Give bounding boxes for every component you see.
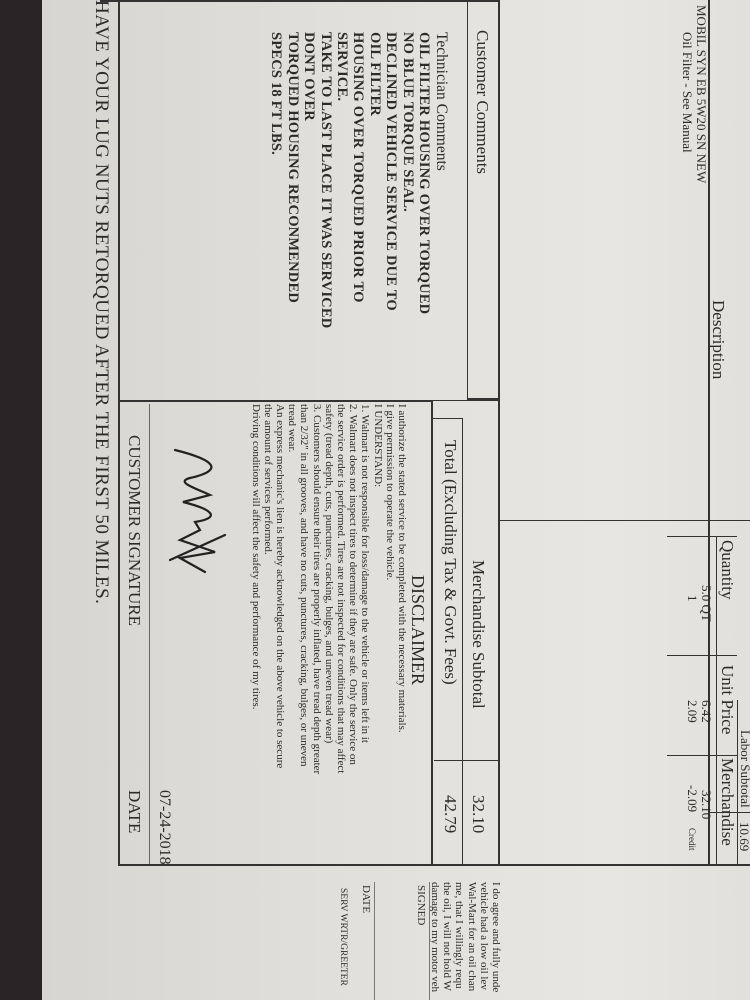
tech-line: OIL FILTER [366, 32, 382, 328]
table-bottom-border [498, 0, 500, 866]
signature-line [149, 404, 150, 864]
item-description-2: Oil Filter - See Manual [680, 32, 694, 153]
agreement-line: I do agree and fully unde [490, 882, 502, 992]
customer-signature-label: CUSTOMER SIGNATURE [124, 435, 144, 626]
footer-notice: HAVE YOUR LUG NUTS RETORQUED AFTER THE F… [90, 0, 112, 604]
item-credit-note: Credit [687, 828, 697, 851]
divider [100, 0, 500, 2]
disclaimer-line: tread wear. [286, 404, 298, 774]
tech-line: SPECS 18 FT LBS. [268, 32, 284, 328]
total-value: 42.79 [440, 795, 460, 833]
disclaimer-line: An express mechanic's lien is hereby ack… [274, 404, 286, 774]
tech-line: TORQUED HOUSING RECONMENDED [284, 32, 300, 328]
item-description-1: MOBIL SYN EB 5W20 SN NEW [694, 5, 708, 183]
disclaimer-line: safety (tread depth, cuts, punctures, cr… [323, 404, 335, 774]
photo-backdrop [0, 0, 42, 1000]
item-quantity-1: 5.0 QT [699, 585, 713, 622]
divider [467, 0, 468, 400]
divider [118, 864, 500, 866]
divider [498, 520, 738, 521]
disclaimer-line: 3. Customers should ensure their tires a… [310, 404, 322, 774]
technician-comments-label: Technician Comments [432, 32, 450, 171]
disclaimer-line: I give permission to operate the vehicle… [384, 404, 396, 774]
tech-line: DECLINED VEHICLE SERVICE DUE TO [383, 32, 399, 328]
disclaimer-line: than 2/32" in all grooves, and have no c… [298, 404, 310, 774]
column-header-quantity: Quantity [717, 540, 737, 600]
disclaimer-line: I UNDERSTAND: [371, 404, 383, 774]
side-signed-label: SIGNED [415, 885, 427, 925]
technician-comments-text: OIL FILTER HOUSING OVER TORQUED NO BLUE … [268, 32, 432, 328]
divider [462, 418, 463, 864]
tech-line: TAKE TO LAST PLACE IT WAS SERVICED [317, 32, 333, 328]
oil-agreement-text: I do agree and fully unde vehicle had a … [429, 882, 502, 992]
labor-subtotal-label: Labor Subtotal [738, 730, 750, 808]
agreement-line: damage to my motor veh [429, 882, 441, 992]
item-unit-price-2: 2.09 [685, 700, 699, 723]
agreement-line: the oil, I will not hold W [441, 882, 453, 992]
disclaimer-title: DISCLAIMER [407, 575, 428, 685]
item-merchandise-2: -2.09 [685, 785, 699, 812]
divider [716, 536, 717, 864]
work-order-document: MOBIL SYN EB 5W20 SN NEW Oil Filter - Se… [42, 0, 750, 1000]
divider [667, 655, 737, 656]
agreement-line: Wal-Mart for an oil chan [465, 882, 477, 992]
divider [118, 400, 433, 402]
agreement-line: vehicle had a low oil lev [478, 882, 490, 992]
divider [434, 760, 498, 761]
tech-line: DONT OVER [301, 32, 317, 328]
total-label: Total (Excluding Tax & Govt. Fees) [440, 440, 460, 685]
side-date-line [374, 882, 375, 1000]
labor-subtotal-value: 10.69 [737, 822, 750, 851]
agreement-line: me, that I willingly requ [453, 882, 465, 992]
disclaimer-line: Driving conditions will affect the safet… [249, 404, 261, 774]
divider [433, 418, 463, 419]
disclaimer-text: I authorize the stated service to be com… [249, 404, 408, 774]
section-bottom-border [118, 0, 120, 866]
table-right-border [500, 864, 750, 866]
divider [738, 520, 750, 521]
divider [667, 536, 737, 537]
disclaimer-line: the amount of services performed. [262, 404, 274, 774]
divider [431, 400, 433, 866]
divider [667, 755, 737, 756]
customer-signature-image [155, 440, 245, 590]
merchandise-subtotal-label: Merchandise Subtotal [468, 560, 488, 709]
disclaimer-line: 1. Walmart is not responsible for loss/d… [359, 404, 371, 774]
merchandise-subtotal-value: 32.10 [468, 795, 488, 833]
description-header: Description [708, 300, 728, 379]
item-quantity-2: 1 [685, 595, 699, 602]
side-date-label: DATE [360, 885, 372, 913]
tech-line: SERVICE. [334, 32, 350, 328]
column-header-unit-price: Unit Price [717, 665, 737, 734]
tech-line: HOUSING OVER TORQUED PRIOR TO [350, 32, 366, 328]
signed-line [429, 882, 430, 1000]
disclaimer-line: the service order is performed. Tires ar… [335, 404, 347, 774]
customer-comments-label: Customer Comments [472, 30, 492, 174]
disclaimer-line: 2. Walmart does not inspect tires to det… [347, 404, 359, 774]
tech-line: NO BLUE TORQUE SEAL. [399, 32, 415, 328]
signature-date-value: 07-24-2018 [155, 790, 173, 865]
signature-date-label: DATE [124, 790, 144, 833]
tech-line: OIL FILTER HOUSING OVER TORQUED [416, 32, 432, 328]
serv-writer-greeter-label: SERV WRTR/GREETER [338, 888, 348, 986]
item-merchandise-1: 32.10 [699, 790, 713, 819]
disclaimer-line: I authorize the stated service to be com… [396, 404, 408, 774]
column-header-merchandise: Merchandise [717, 758, 737, 846]
item-unit-price-1: 6.42 [699, 700, 713, 723]
